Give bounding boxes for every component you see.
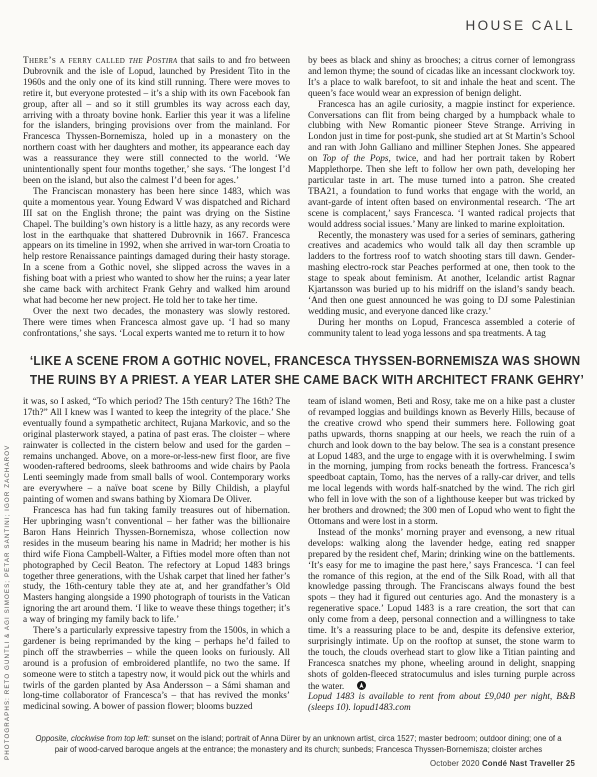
article-paragraph: There’s a ferry called the Postira that …: [23, 56, 290, 187]
tv-show-name: Top of the Pops: [322, 154, 388, 164]
article-column-left-bottom: it was, so I asked, “To which period? Th…: [23, 397, 290, 731]
article-column-right-top: by bees as black and shiny as brooches; …: [308, 56, 575, 350]
article-bottom-section: it was, so I asked, “To which period? Th…: [23, 397, 575, 731]
article-paragraph: Recently, the monastery was used for a s…: [308, 231, 575, 318]
article-paragraph: team of island women, Beti and Rosy, tak…: [308, 397, 575, 528]
article-paragraph: The Franciscan monastery has been here s…: [23, 187, 290, 307]
page-number: 25: [564, 759, 575, 768]
photo-caption: Opposite, clockwise from top left: sunse…: [30, 734, 567, 755]
paragraph-text: , twice, and had her portrait taken by R…: [308, 154, 575, 229]
pull-quote-line: ‘LIKE A SCENE FROM A GOTHIC NOVEL, FRANC…: [30, 351, 567, 370]
caption-lead-in: Opposite, clockwise from top left:: [35, 734, 149, 743]
article-paragraph: Over the next two decades, the monastery…: [23, 307, 290, 340]
article-paragraph: Instead of the monks’ morning prayer and…: [308, 528, 575, 693]
paragraph-opener: There’s a ferry called: [23, 56, 129, 66]
article-paragraph: it was, so I asked, “To which period? Th…: [23, 397, 290, 506]
article-paragraph: Francesca has an agile curiosity, a magp…: [308, 100, 575, 231]
end-of-article-icon: [347, 681, 366, 690]
page-title: HOUSE CALL: [465, 18, 575, 33]
pull-quote: ‘LIKE A SCENE FROM A GOTHIC NOVEL, FRANC…: [0, 351, 597, 389]
article-column-right-bottom: team of island women, Beti and Rosy, tak…: [308, 397, 575, 731]
pull-quote-line: THE RUINS BY A PRIEST. A YEAR LATER SHE …: [30, 370, 567, 389]
article-paragraph: Francesca has had fun taking family trea…: [23, 506, 290, 626]
page-footer: October 2020 Condé Nast Traveller 25: [430, 759, 575, 768]
issue-date: October 2020: [430, 759, 482, 768]
article-paragraph: During her months on Lopud, Francesca as…: [308, 318, 575, 340]
magazine-page: HOUSE CALL PHOTOGRAPHS: RETO GUNTLI & AG…: [0, 0, 597, 777]
photo-credits-vertical: PHOTOGRAPHS: RETO GUNTLI & AGI SIMOES; P…: [4, 445, 11, 760]
paragraph-text: Instead of the monks’ morning prayer and…: [308, 528, 575, 692]
article-top-section: There’s a ferry called the Postira that …: [23, 56, 575, 350]
brand-name: Condé Nast Traveller: [482, 759, 564, 768]
paragraph-text: that sails to and fro between Dubrovnik …: [23, 56, 290, 186]
ferry-name: the Postira: [129, 56, 178, 66]
article-column-left-top: There’s a ferry called the Postira that …: [23, 56, 290, 350]
article-paragraph: by bees as black and shiny as brooches; …: [308, 56, 575, 100]
booking-info: Lopud 1483 is available to rent from abo…: [308, 692, 575, 714]
article-paragraph: There’s a particularly expressive tapest…: [23, 626, 290, 713]
